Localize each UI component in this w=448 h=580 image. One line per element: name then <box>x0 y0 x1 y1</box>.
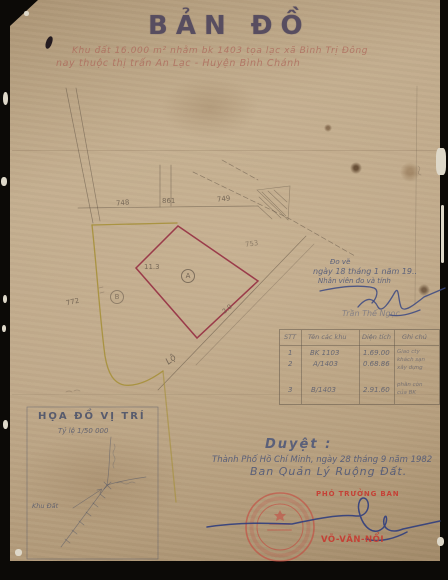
note-line: của BK <box>397 390 416 396</box>
inset-title: HỌA ĐỒ VỊ TRÍ <box>38 411 146 422</box>
survey-note-line-1: Đo vẽ <box>330 258 350 266</box>
lot-number-861: 861 <box>162 197 175 205</box>
row3-area: 2.91.60 <box>363 386 390 394</box>
signer-name: VÕ-VĂN-NỔI <box>321 535 384 545</box>
row2-area: 0.68.86 <box>363 360 390 368</box>
survey-note-line-3: Nhân viên đo và tính <box>318 277 391 285</box>
scanned-map-document: BẢN ĐỒ Khu đất 16.000 m² nhằm bk 1403 tọ… <box>0 0 448 580</box>
row2-name: A/1403 <box>313 360 338 368</box>
col-header-stt: STT <box>284 333 296 341</box>
parcel-outline-red <box>136 226 258 338</box>
approval-label: Duyệt : <box>265 437 332 452</box>
row1-name: BK 1103 <box>310 349 339 357</box>
inset-scale: Tỷ lệ 1/50 000 <box>58 427 108 435</box>
parcel-id-badge: A <box>181 269 195 283</box>
row3-stt: 3 <box>288 386 292 394</box>
hatched-area <box>257 186 290 220</box>
col-header-note: Ghi chú <box>402 333 427 341</box>
zone-id-badge: B <box>110 290 124 304</box>
row1-stt: 1 <box>288 349 292 357</box>
col-header-area: Diện tích <box>362 333 391 341</box>
lot-number-749: 749 <box>217 194 231 204</box>
approval-place-date: Thành Phố Hồ Chí Minh, ngày 28 tháng 9 n… <box>212 455 432 465</box>
survey-note-line-2: ngày 18 tháng 1 năm 19.. <box>313 267 417 276</box>
note-line: xây dựng <box>397 365 423 371</box>
parcel-area-label: 11.3 <box>144 263 160 271</box>
row2-stt: 2 <box>288 360 292 368</box>
note-line: khách sạn <box>397 357 425 363</box>
boundary-yellow <box>92 223 177 502</box>
parcel-table: STT Tên các khu Diện tích Ghi chú 1 BK 1… <box>279 329 440 405</box>
approval-organization: Ban Quản Lý Ruộng Đất. <box>250 465 407 478</box>
note-line: Giao cty <box>397 349 420 355</box>
row1-area: 1.69.00 <box>363 349 390 357</box>
land-pointer-label: Khu Đất <box>32 502 58 510</box>
surveyor-name: Trần Thế Ngọc <box>342 309 400 318</box>
lot-number-748: 748 <box>116 198 130 207</box>
signer-title: PHÓ TRƯỞNG BAN <box>316 490 399 498</box>
official-stamp <box>246 493 314 561</box>
col-header-name: Tên các khu <box>308 333 347 341</box>
note-line: phần còn <box>397 382 422 388</box>
row3-name: B/1403 <box>311 386 336 394</box>
